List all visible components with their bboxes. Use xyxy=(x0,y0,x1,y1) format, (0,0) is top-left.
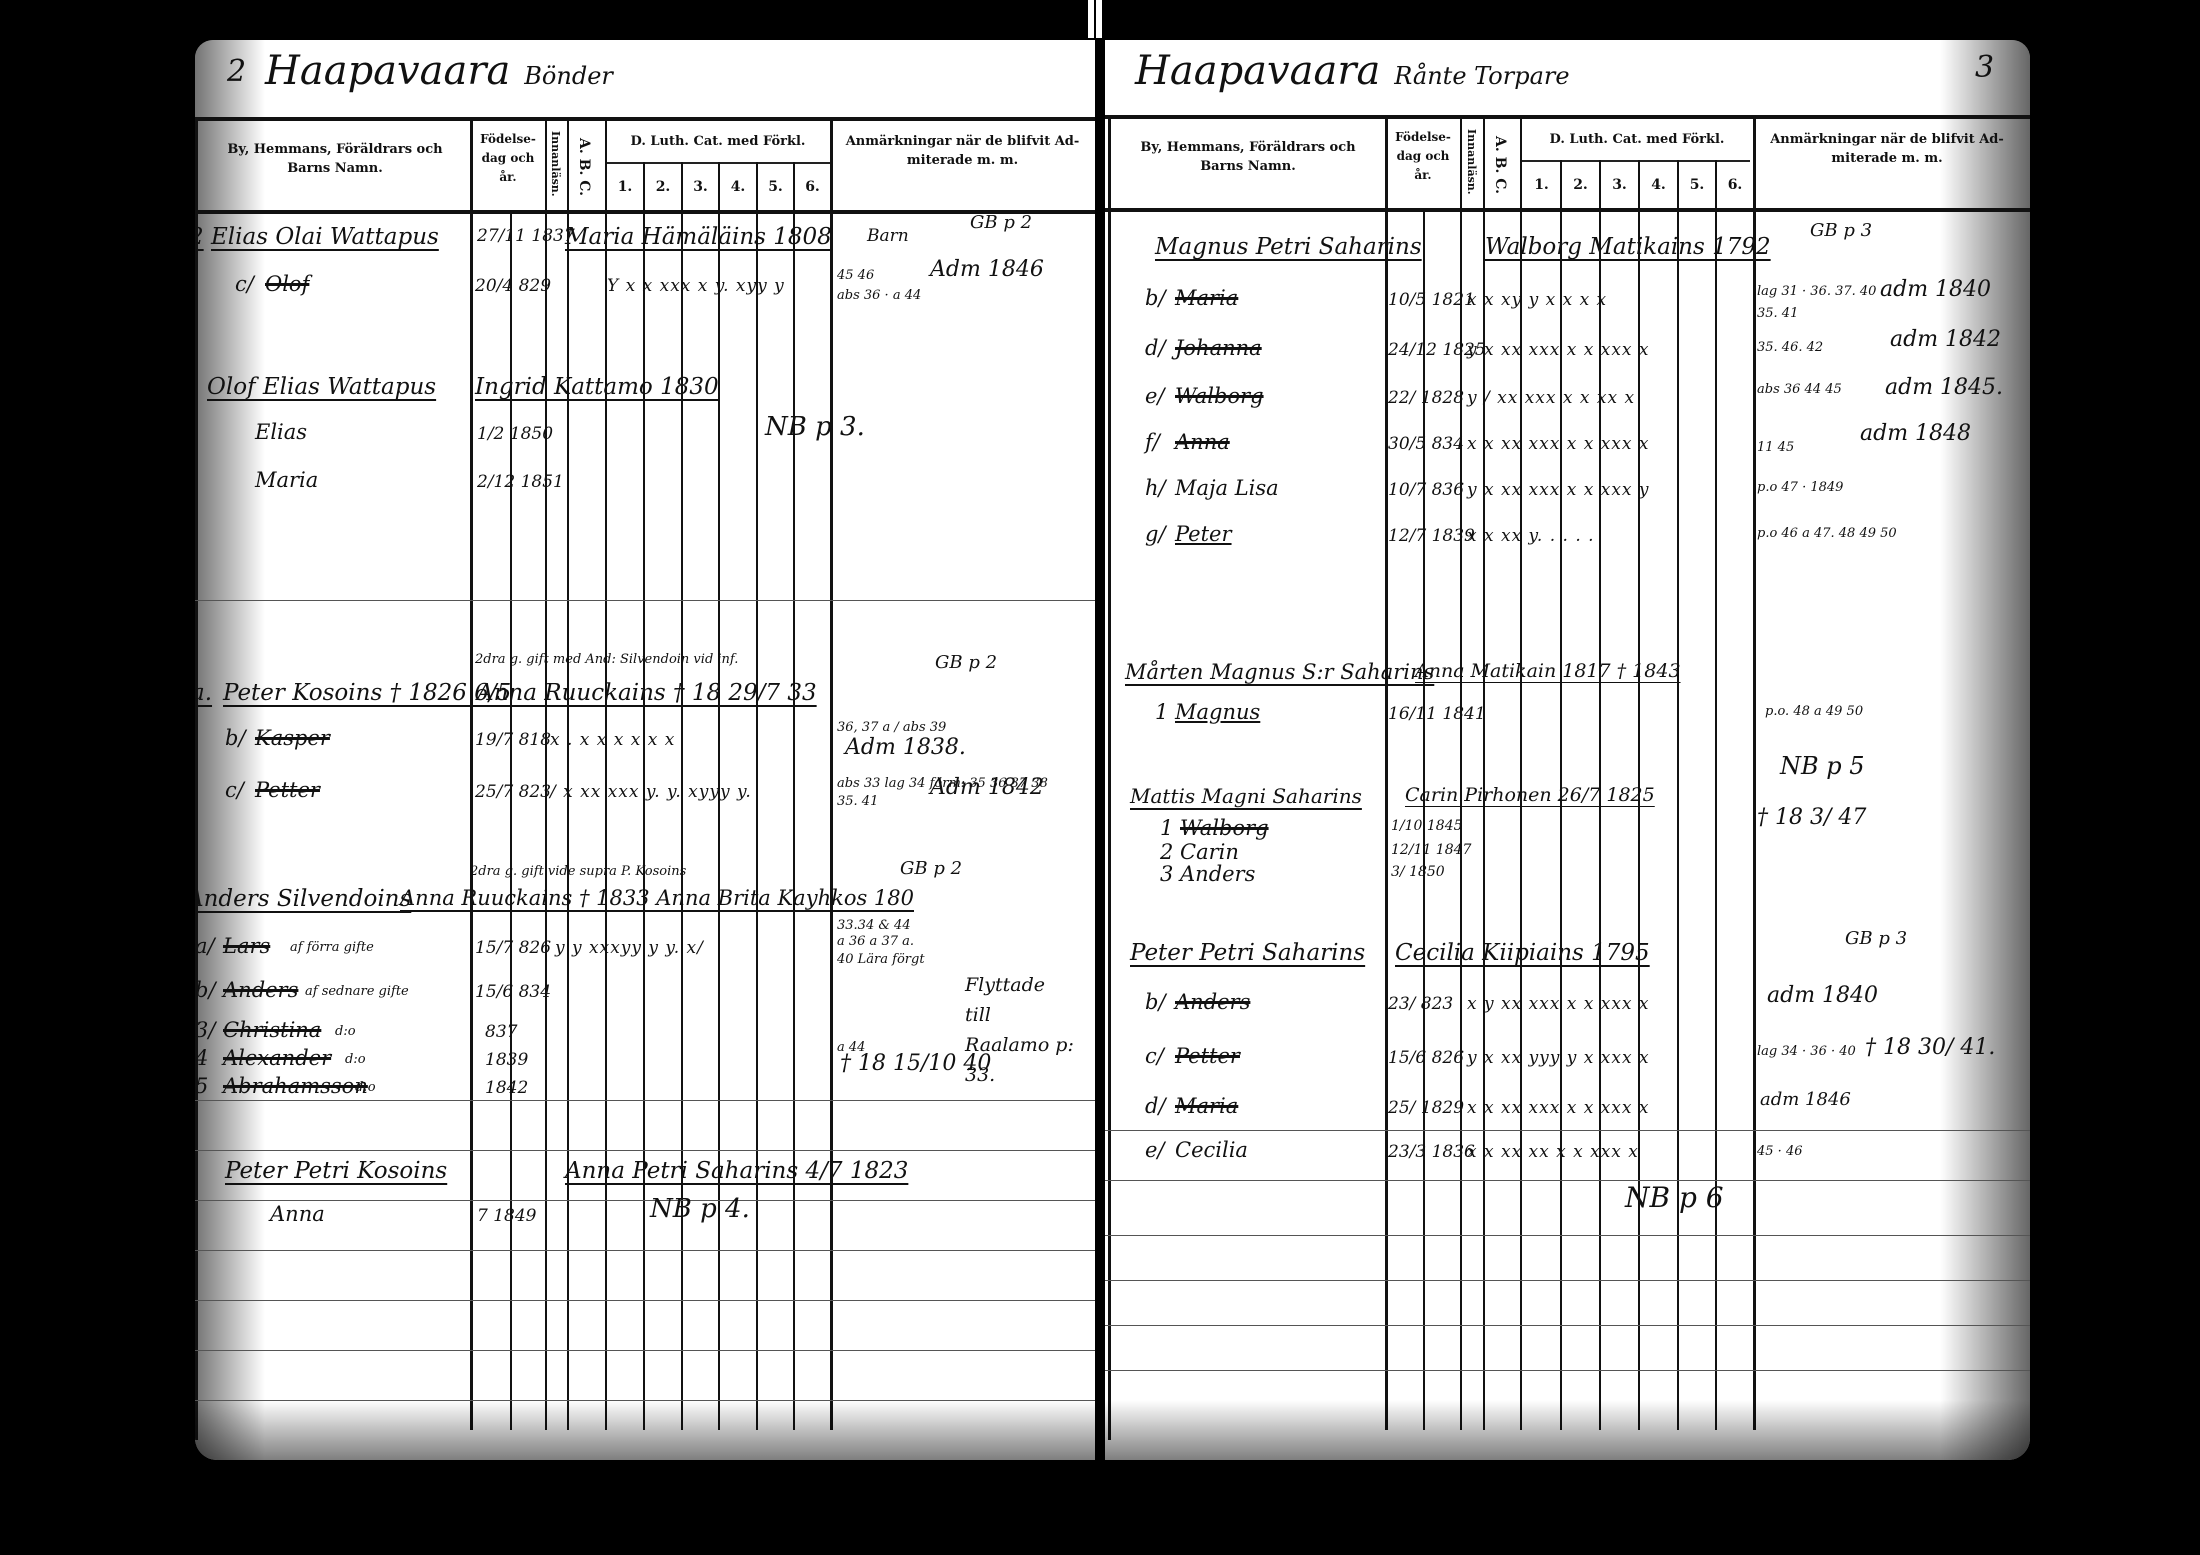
child-prefix: e/ xyxy=(1145,1138,1165,1162)
page-reference: NB p 6 xyxy=(1625,1190,1724,1205)
spouse-name: Cecilia Kiipiains 1795 xyxy=(1395,940,1650,966)
admission-remark: adm 1840 xyxy=(1880,282,1991,297)
child-birth: 25/7 823 xyxy=(475,782,551,802)
child-birth: 12/7 1839 xyxy=(1388,526,1475,546)
left-page: 2 HaapavaaraBönder By, Hemmans, Föräldra… xyxy=(195,40,1095,1460)
admission-remark: adm 1845. xyxy=(1885,380,2003,395)
family-note: 2dra g. gift med And: Silvendoin vid inf… xyxy=(475,652,738,667)
col-divider-name xyxy=(470,117,473,1430)
child-birth: 2/12 1851 xyxy=(477,472,564,492)
catechism-marks: x x xx y. . . . . xyxy=(1467,526,1595,546)
village-name: Haapavaara xyxy=(265,48,510,94)
child-birth: 1842 xyxy=(485,1078,528,1098)
catechism-marks: y y xxxyy y y. x/ xyxy=(555,938,704,958)
spouse-name: Walborg Matikains 1792 xyxy=(1485,234,1771,260)
child-prefix: b/ xyxy=(1145,286,1166,310)
header-cat-1: 1. xyxy=(607,178,643,197)
col-divider-cat6 xyxy=(1753,115,1756,1430)
table-top-rule xyxy=(195,117,1095,121)
col-divider-cat5 xyxy=(793,162,795,1430)
remark: p.o 47 · 1849 xyxy=(1757,480,1843,495)
col-divider-abc xyxy=(605,117,607,1430)
header-cat-4: 4. xyxy=(1640,176,1677,195)
admission-remark: adm 1842 xyxy=(1890,332,2001,347)
family-marker: 2 xyxy=(195,224,204,250)
header-cat-1: 1. xyxy=(1523,176,1560,195)
child-birth: 15/7 826 xyxy=(475,938,551,958)
remark: 35. 41 xyxy=(1757,306,1798,321)
child-name: Anna xyxy=(270,1202,325,1226)
admission-remark: Adm 1842 xyxy=(930,780,1044,795)
admission-remark: adm 1846 xyxy=(1760,1092,1851,1107)
col-divider-cat4 xyxy=(756,162,758,1430)
household-head: Elias Olai Wattapus xyxy=(211,224,439,250)
family-note: 2dra g. gift vide supra P. Kosoins xyxy=(470,864,686,879)
remark: 35. 41 xyxy=(837,794,878,809)
child-name: Anders xyxy=(1175,990,1250,1014)
remark: p.o 46 a 47. 48 49 50 xyxy=(1757,526,1897,541)
page-reference: GB p 3 xyxy=(1810,220,1872,241)
family-note: Barn xyxy=(867,226,909,246)
header-cat-4: 4. xyxy=(720,178,756,197)
child-name: Maria xyxy=(1175,286,1238,310)
catechism-marks: y / xx xxx x x xx x xyxy=(1467,388,1635,408)
child-name: Anders xyxy=(223,978,298,1002)
child-name: Carin xyxy=(1180,840,1239,864)
child-prefix: g/ xyxy=(1145,522,1166,546)
child-prefix: 2 xyxy=(1160,840,1173,864)
page-reference: NB p 5 xyxy=(1780,752,1865,780)
remark: abs 36 44 45 xyxy=(1757,382,1842,397)
child-birth: 1/2 1850 xyxy=(477,424,553,444)
header-birth-column: Födelse-dag och år. xyxy=(473,130,543,187)
ruled-line xyxy=(1105,1325,2030,1326)
child-prefix: 5 xyxy=(195,1074,208,1098)
spouse-name: Ingrid Kattamo 1830 xyxy=(475,374,719,400)
col-divider-innanlasn xyxy=(1483,115,1485,1430)
child-birth: 23/3 1836 xyxy=(1388,1142,1475,1162)
child-prefix: d/ xyxy=(1145,1094,1166,1118)
admission-remark: adm 1848 xyxy=(1860,426,1971,441)
child-name: Olof xyxy=(265,272,309,296)
child-prefix: b/ xyxy=(1145,990,1166,1014)
child-birth: 1839 xyxy=(485,1050,528,1070)
admission-remark: Adm 1846 xyxy=(930,262,1044,277)
page-reference: GB p 2 xyxy=(970,212,1032,233)
catechism-marks: Y x x xxx x y. xyy y xyxy=(607,276,785,296)
child-name: Kasper xyxy=(255,726,330,750)
catechism-marks: / x xx xxx y. y. xyyy y. xyxy=(550,782,752,802)
catechism-marks: y x xx yyy y x xxx x xyxy=(1467,1048,1650,1068)
spouse-name: Anna Matikain 1817 † 1843 xyxy=(1415,660,1681,682)
remark: 36, 37 a / abs 39 xyxy=(837,720,946,735)
remark: lag 31 · 36. 37. 40 xyxy=(1757,284,1876,299)
child-birth: 16/11 1841 xyxy=(1388,704,1486,724)
page-reference: GB p 2 xyxy=(900,858,962,879)
header-catechism-group: D. Luth. Cat. med Förkl. xyxy=(1523,130,1751,149)
catechism-marks: x x xy y x x x x xyxy=(1467,290,1607,310)
catechism-marks: x y xx xxx x x xxx x xyxy=(1467,994,1649,1014)
child-prefix: c/ xyxy=(225,778,244,802)
col-divider-abc xyxy=(1520,115,1522,1430)
household-head: Anders Silvendoins xyxy=(195,886,411,912)
header-cat-5: 5. xyxy=(1679,176,1715,195)
child-birth: 22/ 1828 xyxy=(1388,388,1464,408)
child-note: af förra gifte xyxy=(290,940,374,955)
child-note: d:o xyxy=(355,1080,376,1095)
header-cat-6: 6. xyxy=(1717,176,1753,195)
child-name: Lars xyxy=(223,934,270,958)
child-prefix: 3 xyxy=(1160,862,1173,886)
header-cat-3: 3. xyxy=(683,178,718,197)
child-prefix: b/ xyxy=(225,726,246,750)
child-name: Magnus xyxy=(1175,700,1260,724)
page-reference: NB p 4. xyxy=(650,1202,750,1217)
remark: a 36 a 37 a. xyxy=(837,934,914,949)
child-birth: 10/7 836 xyxy=(1388,480,1464,500)
remark: 33.34 & 44 xyxy=(837,918,911,933)
child-note: d:o xyxy=(335,1024,356,1039)
ruled-line xyxy=(195,1200,1095,1201)
catechism-marks: x x xx xx x x xxx x xyxy=(1467,1142,1639,1162)
remark: 45 · 46 xyxy=(1757,1144,1802,1159)
right-page: HaapavaaraRånte Torpare 3 By, Hemmans, F… xyxy=(1105,40,2030,1460)
child-birth: 15/6 834 xyxy=(475,982,551,1002)
child-prefix: 4 xyxy=(195,1046,208,1070)
child-birth: 12/11 1847 xyxy=(1391,842,1471,858)
header-innanlasn-column: Innanläsn. xyxy=(548,124,562,204)
child-name: Walborg xyxy=(1180,816,1269,840)
child-birth: 23/ 823 xyxy=(1388,994,1453,1014)
header-catechism-group: D. Luth. Cat. med Förkl. xyxy=(607,132,829,151)
header-bottom-rule xyxy=(1105,208,2030,212)
child-name: Peter xyxy=(1175,522,1232,546)
page-reference: GB p 2 xyxy=(935,652,997,673)
header-bottom-rule xyxy=(195,210,1095,214)
header-birth-column: Födelse-dag och år. xyxy=(1388,128,1458,185)
table-left-border xyxy=(1108,115,1111,1440)
page-category: Rånte Torpare xyxy=(1394,62,1569,90)
child-name: Elias xyxy=(255,420,307,444)
spouse-name: Anna Petri Saharins 4/7 1823 xyxy=(565,1158,908,1184)
header-cat-2: 2. xyxy=(1562,176,1599,195)
catechism-marks: x x xx xxx x x xxx x xyxy=(1467,1098,1649,1118)
ruled-line xyxy=(195,1150,1095,1151)
child-prefix: f/ xyxy=(1145,430,1160,454)
ruled-line xyxy=(195,1350,1095,1351)
header-abc-column: A. B. C. xyxy=(577,132,591,202)
page-title: HaapavaaraBönder xyxy=(265,48,613,94)
child-name: Cecilia xyxy=(1175,1138,1248,1162)
page-number: 3 xyxy=(1975,50,1994,85)
ruled-line xyxy=(195,1100,1095,1101)
ruled-line xyxy=(1105,1180,2030,1181)
header-cat-3: 3. xyxy=(1601,176,1638,195)
child-name: Christina xyxy=(223,1018,321,1042)
ruled-line xyxy=(195,1300,1095,1301)
child-birth: 7 1849 xyxy=(477,1206,536,1226)
col-divider-cat4 xyxy=(1677,160,1679,1430)
col-divider-cat6 xyxy=(830,117,833,1430)
household-head: Olof Elias Wattapus xyxy=(207,374,436,400)
remark: 45 46 xyxy=(837,268,874,283)
child-prefix: h/ xyxy=(1145,476,1166,500)
ruled-line xyxy=(195,1250,1095,1251)
household-head: Magnus Petri Saharins xyxy=(1155,234,1422,260)
child-prefix: e/ xyxy=(1145,384,1165,408)
remark: abs 36 · a 44 xyxy=(837,288,921,303)
child-name: Walborg xyxy=(1175,384,1264,408)
move-note: Flyttade till Raalamo p: 33. xyxy=(965,970,1075,1090)
header-cat-5: 5. xyxy=(758,178,793,197)
header-name-column: By, Hemmans, Föräldrars och Barns Namn. xyxy=(1117,138,1379,176)
catechism-marks: x x xx xxx x x xxx x xyxy=(1467,434,1649,454)
child-prefix: c/ xyxy=(1145,1044,1164,1068)
page-reference: NB p 3. xyxy=(765,420,865,435)
child-birth: 15/6 826 xyxy=(1388,1048,1464,1068)
header-remarks-column: Anmärkningar när de blifvit Ad-miterade … xyxy=(835,132,1090,170)
header-cat-2: 2. xyxy=(645,178,681,197)
col-divider-innanlasn xyxy=(567,117,569,1430)
child-name: Maja Lisa xyxy=(1175,476,1279,500)
header-abc-column: A. B. C. xyxy=(1493,130,1507,200)
child-prefix: b/ xyxy=(195,978,216,1002)
child-prefix: 1 xyxy=(1155,700,1168,724)
child-name: Maria xyxy=(255,468,318,492)
catechism-marks: y x xx xxx x x xxx x xyxy=(1467,340,1649,360)
page-reference: GB p 3 xyxy=(1845,928,1907,949)
ruled-line xyxy=(1105,1280,2030,1281)
child-name: Maria xyxy=(1175,1094,1238,1118)
remark: 40 Lära förgt xyxy=(837,952,925,967)
ruled-line xyxy=(1105,1370,2030,1371)
household-head: Mattis Magni Saharins xyxy=(1130,784,1362,808)
child-prefix: d/ xyxy=(1145,336,1166,360)
admission-remark: Adm 1838. xyxy=(845,740,966,755)
catechism-marks: x . x x x x x x xyxy=(550,730,675,750)
page-title: HaapavaaraRånte Torpare xyxy=(1135,48,1570,94)
spouse-name: Maria Hämäläins 1808 xyxy=(565,224,832,250)
ruled-line xyxy=(1105,1235,2030,1236)
village-name: Haapavaara xyxy=(1135,48,1380,94)
death-remark: † 18 30/ 41. xyxy=(1865,1040,1995,1055)
child-birth: 1/10 1845 xyxy=(1391,818,1463,834)
child-birth: 10/5 1821 xyxy=(1388,290,1475,310)
col-divider-birth xyxy=(545,117,547,1430)
household-head: Mårten Magnus S:r Saharins xyxy=(1125,660,1434,684)
header-innanlasn-column: Innanläsn. xyxy=(1464,122,1478,202)
table-left-border xyxy=(195,117,198,1440)
child-name: Petter xyxy=(255,778,320,802)
child-birth: 30/5 834 xyxy=(1388,434,1464,454)
col-divider-name xyxy=(1385,115,1388,1430)
spouse-name: Anna Ruuckains † 18 29/7 33 xyxy=(477,680,817,706)
household-head: Peter Petri Kosoins xyxy=(225,1158,447,1184)
ruled-line xyxy=(195,600,1095,601)
remark: 11 45 xyxy=(1757,440,1794,455)
child-birth: 25/ 1829 xyxy=(1388,1098,1464,1118)
gutter-highlight xyxy=(1096,0,1102,38)
child-note: af sednare gifte xyxy=(305,984,409,999)
child-birth: 837 xyxy=(485,1022,517,1042)
child-birth: 3/ 1850 xyxy=(1391,864,1445,880)
household-head: Peter Petri Saharins xyxy=(1130,940,1365,966)
child-birth: 19/7 818 xyxy=(475,730,551,750)
ruled-line xyxy=(195,1400,1095,1401)
remark: 35. 46. 42 xyxy=(1757,340,1823,355)
child-birth: 20/4 829 xyxy=(475,276,551,296)
head-birth: 27/11 1837 xyxy=(477,226,575,246)
col-divider-birth xyxy=(1460,115,1462,1430)
death-remark: † 18 3/ 47 xyxy=(1757,810,1866,825)
child-name: Anders xyxy=(1180,862,1255,886)
child-prefix: 1 xyxy=(1160,816,1173,840)
child-name: Johanna xyxy=(1175,336,1262,360)
child-name: Petter xyxy=(1175,1044,1240,1068)
family-marker: a. xyxy=(195,680,212,706)
child-note: d:o xyxy=(345,1052,366,1067)
gutter-highlight xyxy=(1088,0,1094,38)
header-cat-6: 6. xyxy=(795,178,830,197)
remark: lag 34 · 36 · 40 xyxy=(1757,1044,1856,1059)
child-prefix: a/ xyxy=(195,934,215,958)
header-name-column: By, Hemmans, Föräldrars och Barns Namn. xyxy=(205,140,465,178)
child-prefix: c/ xyxy=(235,272,254,296)
col-divider-cat5 xyxy=(1715,160,1717,1430)
header-remarks-column: Anmärkningar när de blifvit Ad-miterade … xyxy=(1757,130,2017,168)
page-category: Bönder xyxy=(524,62,613,90)
ruled-line xyxy=(1105,1130,2030,1131)
child-name: Anna xyxy=(1175,430,1230,454)
admission-remark: adm 1840 xyxy=(1767,988,1878,1003)
catechism-marks: y x xx xxx x x xxx y xyxy=(1467,480,1650,500)
page-number: 2 xyxy=(227,54,246,89)
remark: p.o. 48 a 49 50 xyxy=(1765,704,1863,719)
child-prefix: 3/ xyxy=(195,1018,215,1042)
table-top-rule xyxy=(1105,115,2030,119)
child-name: Alexander xyxy=(223,1046,331,1070)
spouse-name: Carin Pirhonen 26/7 1825 xyxy=(1405,784,1655,806)
spouse-name: Anna Ruuckains † 1833 Anna Brita Kayhkos… xyxy=(400,886,914,910)
child-name: Abrahamsson xyxy=(223,1074,368,1098)
household-head: Peter Kosoins † 1826 6/5 xyxy=(223,680,511,706)
